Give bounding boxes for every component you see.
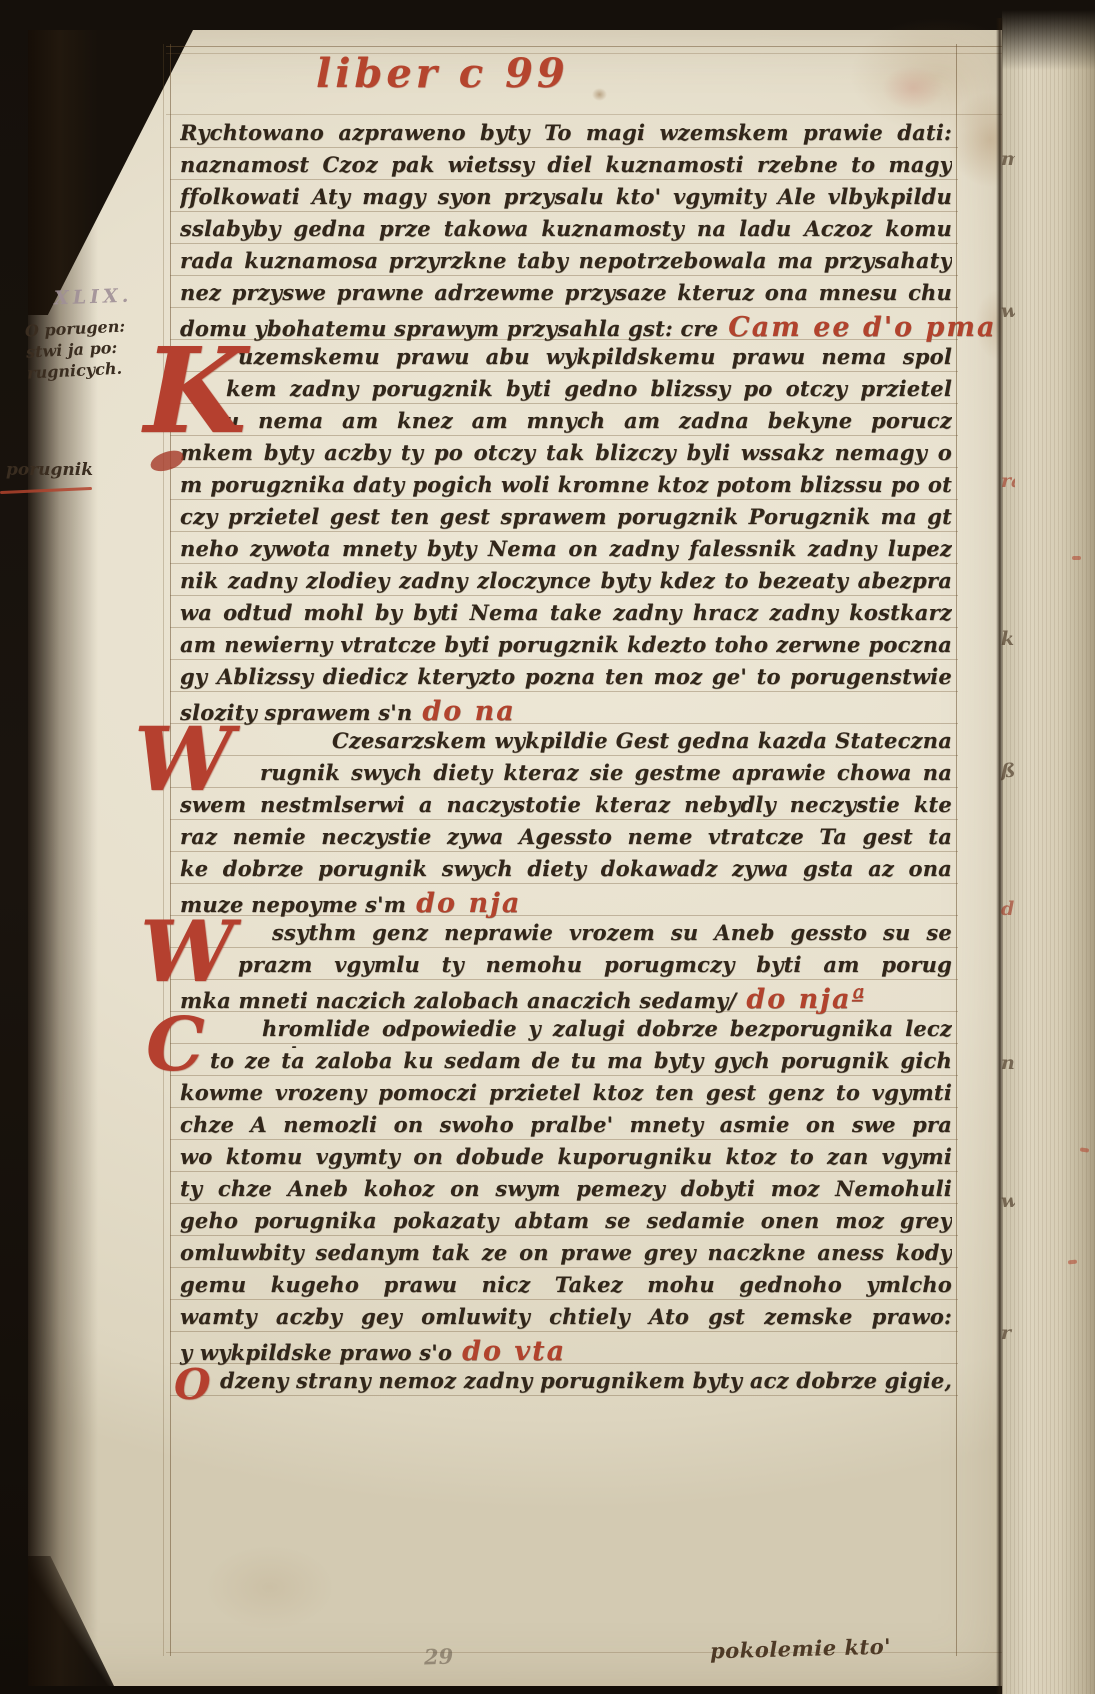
ink-text: naznamost Czoz pak wietssy diel kuznamos…: [180, 152, 952, 177]
text-line: naznamost Czoz pak wietssy diel kuznamos…: [180, 152, 952, 184]
ink-text: ke dobrze porugnik swych diety dokawadz …: [180, 856, 952, 881]
text-line: tu nema am knez am mnych am zadna bekyne…: [214, 408, 952, 440]
text-line: domu ybohatemu sprawym przysahla gst: cr…: [180, 312, 952, 344]
fore-edge-top-shadow: [1002, 10, 1095, 70]
text-line: gemu kugeho prawu nicz Takez mohu gednoh…: [180, 1272, 952, 1304]
text-line: neho zywota mnety byty Nema on zadny fal…: [180, 536, 952, 568]
text-line: ke dobrze porugnik swych diety dokawadz …: [180, 856, 952, 888]
ink-text: rada kuznamosa przyrzkne taby nepotrzebo…: [180, 248, 952, 273]
ink-text: ty chze Aneb kohoz on swym pemezy dobyti…: [180, 1176, 952, 1201]
ink-text: swem nestmlserwi a naczystotie kteraz ne…: [180, 792, 952, 817]
rubric: do vta: [452, 1336, 566, 1367]
ink-text: hromlide odpowiedie y zalugi dobrze bezp…: [262, 1016, 952, 1048]
text-line: hromlide odpowiedie y zalugi dobrze bezp…: [262, 1016, 952, 1048]
text-line: czy przietel gest ten gest sprawem porug…: [180, 504, 952, 536]
ink-text: m porugznika daty pogich woli kromne kto…: [180, 472, 952, 497]
ink-text: am newierny vtratcze byti porugznik kdez…: [180, 632, 952, 657]
text-line: kem zadny porugznik byti gedno blizssy p…: [226, 376, 952, 408]
ink-text: rugnik swych diety kteraz sie gestme apr…: [260, 760, 952, 785]
ink-text: mkem byty aczby ty po otczy tak blizczy …: [180, 440, 952, 465]
ink-text: czy przietel gest ten gest sprawem porug…: [180, 504, 952, 529]
text-line: chze A nemozli on swoho pralbe' mnety as…: [180, 1112, 952, 1144]
fore-edge-speck: [1072, 556, 1081, 560]
ink-text: neho zywota mnety byty Nema on zadny fal…: [180, 536, 952, 561]
text-line: dzeny strany nemoz zadny porugnikem byty…: [220, 1368, 952, 1400]
text-line: wo ktomu vgymty on dobude kuporugniku kt…: [180, 1144, 952, 1176]
ink-text: gy Ablizssy diedicz kteryzto pozna ten m…: [180, 664, 952, 689]
text-line: rugnik swych diety kteraz sie gestme apr…: [260, 760, 952, 792]
rubric: do nja: [406, 888, 521, 919]
text-line: kowme vrozeny pomoczi przietel ktoz ten …: [180, 1080, 952, 1112]
ink-text: sslabyby gedna prze takowa kuznamosty na…: [180, 216, 952, 241]
text-line: ssythm genz neprawie vrozem su Aneb gess…: [272, 920, 952, 952]
text-line: omluwbity sedanym tak ze on prawe grey n…: [180, 1240, 952, 1272]
fore-edge-streaks: [1002, 10, 1095, 1694]
frame-rule-top-soft: [166, 53, 1008, 54]
margin-keyword: porugnik: [6, 460, 93, 480]
gutter-shadow: [28, 30, 98, 1686]
text-line: muze nepoyme s'mdo nja: [180, 888, 952, 920]
text-line: m porugznika daty pogich woli kromne kto…: [180, 472, 952, 504]
text-line: prazm vgymlu ty nemohu porugmczy byti am…: [238, 952, 952, 984]
text-line: sslabyby gedna prze takowa kuznamosty na…: [180, 216, 952, 248]
frame-rule-left-soft: [163, 44, 164, 1656]
ink-text: uzemskemu prawu abu wykpildskemu prawu n…: [238, 344, 952, 369]
ink-text: kem zadny porugznik byti gedno blizssy p…: [226, 376, 952, 401]
text-line: raz nemie neczystie zywa Agessto neme vt…: [180, 824, 952, 856]
ink-text: raz nemie neczystie zywa Agessto neme vt…: [180, 824, 952, 849]
ink-text: ffolkowati Aty magy syon przysalu kto' v…: [180, 184, 952, 209]
ink-text: ssythm genz neprawie vrozem su Aneb gess…: [272, 920, 952, 952]
fore-edge-text-fragment: w: [1001, 1190, 1015, 1212]
text-line: slozity sprawem s'ndo na: [180, 696, 952, 728]
ink-text: prazm vgymlu ty nemohu porugmczy byti am…: [238, 952, 952, 977]
text-line: geho porugnika pokazaty abtam se sedamie…: [180, 1208, 952, 1240]
text-line: swem nestmlserwi a naczystotie kteraz ne…: [180, 792, 952, 824]
running-title: liber c 99: [316, 50, 569, 97]
text-line: gy Ablizssy diedicz kteryzto pozna ten m…: [180, 664, 952, 696]
ink-text: domu ybohatemu sprawym przysahla gst: cr…: [180, 316, 718, 341]
text-line: nez przyswe prawne adrzewme przysaze kte…: [180, 280, 952, 312]
text-line: rada kuznamosa przyrzkne taby nepotrzebo…: [180, 248, 952, 280]
rubric: do na: [412, 696, 515, 727]
page-seam: [996, 18, 1003, 1694]
fore-edge-text-fragment: w: [1001, 300, 1015, 322]
text-line: wa odtud mohl by byti Nema take zadny hr…: [180, 600, 952, 632]
initial-capital: W: [140, 914, 234, 990]
text-line: y wykpildske prawo s'odo vta: [180, 1336, 952, 1368]
fore-edge-text-fragment: m: [1001, 148, 1015, 170]
margin-chapter-number: XLIX.: [54, 285, 133, 310]
ink-text: kowme vrozeny pomoczi przietel ktoz ten …: [180, 1080, 952, 1105]
ink-text: Rychtowano azpraweno byty To magi wzemsk…: [180, 120, 952, 145]
initial-capital: O: [174, 1366, 211, 1404]
text-line: ty chze Aneb kohoz on swym pemezy dobyti…: [180, 1176, 952, 1208]
initial-capital: K: [144, 338, 247, 444]
text-line: mkem byty aczby ty po otczy tak blizczy …: [180, 440, 952, 472]
ink-text: omluwbity sedanym tak ze on prawe grey n…: [180, 1240, 952, 1265]
fore-edge-text-fragment: r: [1001, 1322, 1015, 1344]
ink-text: wamty aczby gey omluwity chtiely Ato gst…: [180, 1304, 952, 1329]
rubric: Cam ee d'o pma: [718, 312, 996, 343]
ink-text: wo ktomu vgymty on dobude kuporugniku kt…: [180, 1144, 952, 1169]
initial-capital: C: [146, 1012, 205, 1079]
text-line: uzemskemu prawu abu wykpildskemu prawu n…: [238, 344, 952, 376]
ink-text: nez przyswe prawne adrzewme przysaze kte…: [180, 280, 952, 305]
text-line: wamty aczby gey omluwity chtiely Ato gst…: [180, 1304, 952, 1336]
ink-text: chze A nemozli on swoho pralbe' mnety as…: [180, 1112, 952, 1137]
fore-edge: [1002, 10, 1095, 1694]
fore-edge-text-fragment: d'm: [1001, 898, 1015, 920]
ink-text: dzeny strany nemoz zadny porugnikem byty…: [220, 1368, 952, 1393]
text-line: ffolkowati Aty magy syon przysalu kto' v…: [180, 184, 952, 216]
fore-edge-text-fragment: ra: [1001, 470, 1015, 492]
ink-text: y wykpildske prawo s'o: [180, 1340, 452, 1365]
text-line: mka mneti naczich zalobach anaczich seda…: [180, 984, 952, 1016]
manuscript-photo: liber c 99 XLIX. O porugen: stwi ja po: …: [0, 0, 1095, 1694]
fore-edge-text-fragment: k: [1001, 628, 1015, 650]
ink-text: mka mneti naczich zalobach anaczich seda…: [180, 988, 736, 1013]
ink-text: wa odtud mohl by byti Nema take zadny hr…: [180, 600, 952, 625]
initial-capital: W: [134, 720, 233, 799]
frame-rule-top: [166, 46, 1008, 47]
ink-text: geho porugnika pokazaty abtam se sedamie…: [180, 1208, 952, 1233]
ink-text: tu nema am knez am mnych am zadna bekyne…: [214, 408, 952, 433]
frame-rule-header-bottom: [166, 114, 1008, 115]
footer-page-number: 29: [424, 1643, 454, 1669]
margin-note: O porugen: stwi ja po: rugnicych.: [24, 315, 128, 383]
catchword: pokolemie kto': [710, 1634, 892, 1664]
text-line: Czesarzskem wykpildie Gest gedna kazda S…: [332, 728, 952, 760]
ink-text: gemu kugeho prawu nicz Takez mohu gednoh…: [180, 1272, 952, 1297]
text-line: Rychtowano azpraweno byty To magi wzemsk…: [180, 120, 952, 152]
rubric: do njaª: [736, 984, 866, 1015]
ink-text: Czesarzskem wykpildie Gest gedna kazda S…: [332, 728, 952, 760]
ink-text: nik zadny zlodiey zadny zloczynce byty k…: [180, 568, 952, 593]
ink-text: to ze ta zaloba ku sedam de tu ma byty g…: [210, 1048, 952, 1073]
text-line: to ze ta zaloba ku sedam de tu ma byty g…: [210, 1048, 952, 1080]
fore-edge-text-fragment: ß: [1001, 760, 1015, 782]
text-line: am newierny vtratcze byti porugznik kdez…: [180, 632, 952, 664]
fore-edge-text-fragment: n: [1001, 1052, 1015, 1074]
text-line: nik zadny zlodiey zadny zloczynce byty k…: [180, 568, 952, 600]
